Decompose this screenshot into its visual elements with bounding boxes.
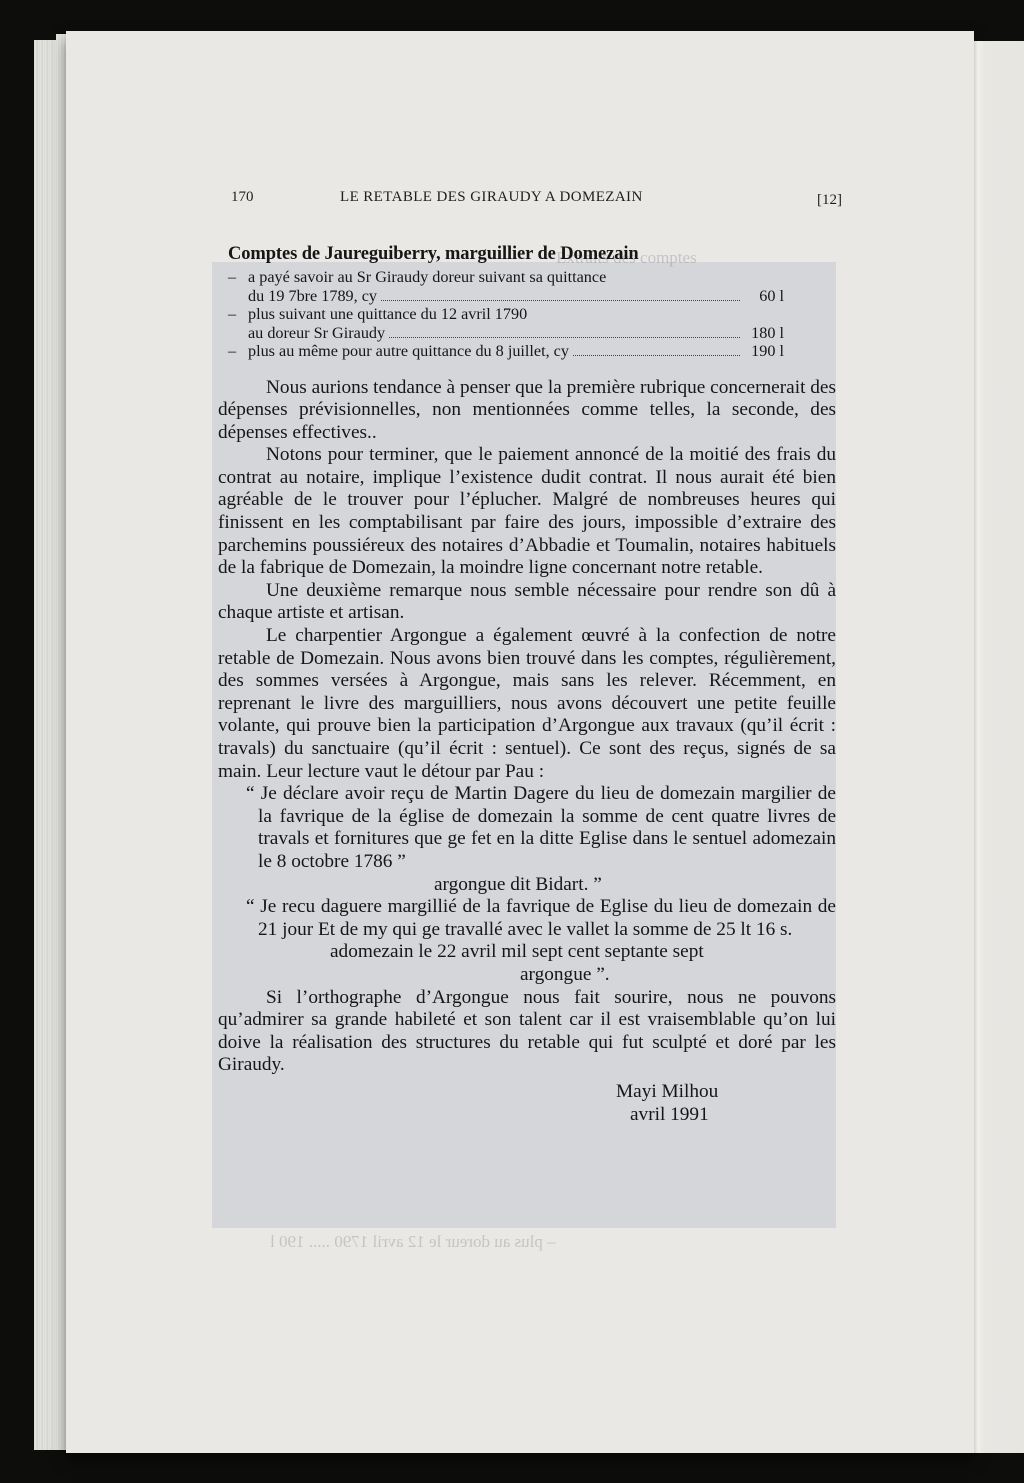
ledger-description: du 19 7bre 1789, cy (248, 287, 377, 306)
main-text: Comptes de Jaureguiberry, marguillier de… (218, 244, 836, 1126)
ledger-entry-1-line-1: – a payé savoir au Sr Giraudy doreur sui… (228, 268, 784, 287)
paragraph-1: Nous aurions tendance à penser que la pr… (218, 377, 836, 445)
paragraph-4: Le charpentier Argongue a également œuvr… (218, 625, 836, 783)
receipt-place-date: adomezain le 22 avril mil sept cent sept… (258, 941, 836, 964)
ledger-description: plus suivant une quittance du 12 avril 1… (248, 305, 527, 324)
section-number: [12] (817, 192, 842, 209)
page-number: 170 (231, 189, 254, 206)
ledger-amount: 190 l (746, 342, 784, 361)
receipt-text: “ Je recu daguere margillié de la favriq… (258, 896, 836, 941)
dot-leader (389, 336, 740, 338)
ledger-entry-2-line-2: au doreur Sr Giraudy 180 l (228, 324, 784, 343)
bleed-through-text-bottom: – plus au doreur le 12 avril 1790 ..... … (270, 1232, 556, 1252)
quoted-receipt-1: “ Je déclare avoir reçu de Martin Dagere… (258, 783, 836, 896)
ledger-amount: 60 l (746, 287, 784, 306)
ledger-entry-2-line-1: – plus suivant une quittance du 12 avril… (228, 305, 784, 324)
receipt-signature: argongue dit Bidart. ” (258, 874, 836, 897)
closing-paragraph: Si l’orthographe d’Argongue nous fait so… (218, 987, 836, 1077)
author-name: Mayi Milhou (218, 1081, 836, 1104)
dot-leader (573, 354, 740, 356)
receipt-signature: argongue ”. (258, 964, 836, 987)
ledger-amount: 180 l (746, 324, 784, 343)
author-date: avril 1991 (218, 1104, 836, 1127)
paragraph-3: Une deuxième remarque nous semble nécess… (218, 580, 836, 625)
facing-page-edge (974, 41, 1024, 1453)
running-title: LE RETABLE DES GIRAUDY A DOMEZAIN (340, 189, 643, 206)
paragraph-2: Notons pour terminer, que le paiement an… (218, 444, 836, 580)
ledger-entry-3: – plus au même pour autre quittance du 8… (228, 342, 784, 361)
quoted-receipt-2: “ Je recu daguere margillié de la favriq… (258, 896, 836, 986)
ledger-description: plus au même pour autre quittance du 8 j… (248, 342, 569, 361)
ledger-description: a payé savoir au Sr Giraudy doreur suiva… (248, 268, 606, 287)
ledger-entry-1-line-2: du 19 7bre 1789, cy 60 l (228, 287, 784, 306)
receipt-text: “ Je déclare avoir reçu de Martin Dagere… (258, 783, 836, 873)
section-heading: Comptes de Jaureguiberry, marguillier de… (228, 244, 836, 265)
account-ledger: – a payé savoir au Sr Giraudy doreur sui… (228, 268, 784, 361)
ledger-description: au doreur Sr Giraudy (248, 324, 385, 343)
running-head: 170 LE RETABLE DES GIRAUDY A DOMEZAIN [1… (0, 189, 1024, 211)
dot-leader (381, 299, 740, 301)
